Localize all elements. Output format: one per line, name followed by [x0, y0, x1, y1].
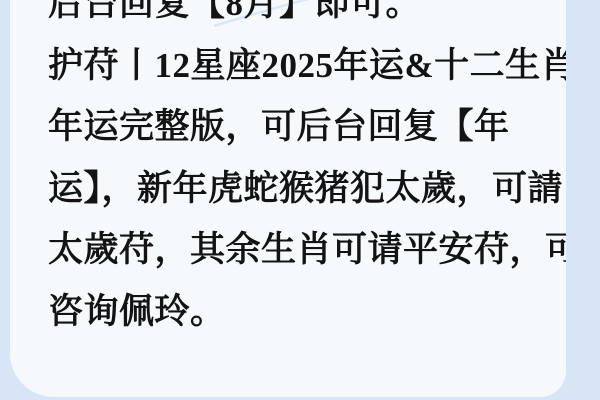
text-line: 运】，新年虎蛇猴猪犯太歲，可請	[48, 158, 566, 220]
text-line: 咨询佩玲。	[48, 281, 566, 343]
announcement-text: 后台回复【8月】即可。 护苻丨12星座2025年运&十二生肖 年运完整版，可后台…	[48, 0, 566, 342]
content-card: academy of 后台回复【8月】即可。 护苻丨12星座2025年运&十二生…	[10, 0, 566, 397]
text-line: 后台回复【8月】即可。	[48, 0, 566, 35]
text-line: 太歲苻，其余生肖可请平安苻，可	[48, 219, 566, 281]
text-line: 年运完整版，可后台回复【年	[48, 96, 566, 158]
poster-page: academy of 后台回复【8月】即可。 护苻丨12星座2025年运&十二生…	[0, 0, 600, 400]
text-line: 护苻丨12星座2025年运&十二生肖	[48, 35, 566, 97]
